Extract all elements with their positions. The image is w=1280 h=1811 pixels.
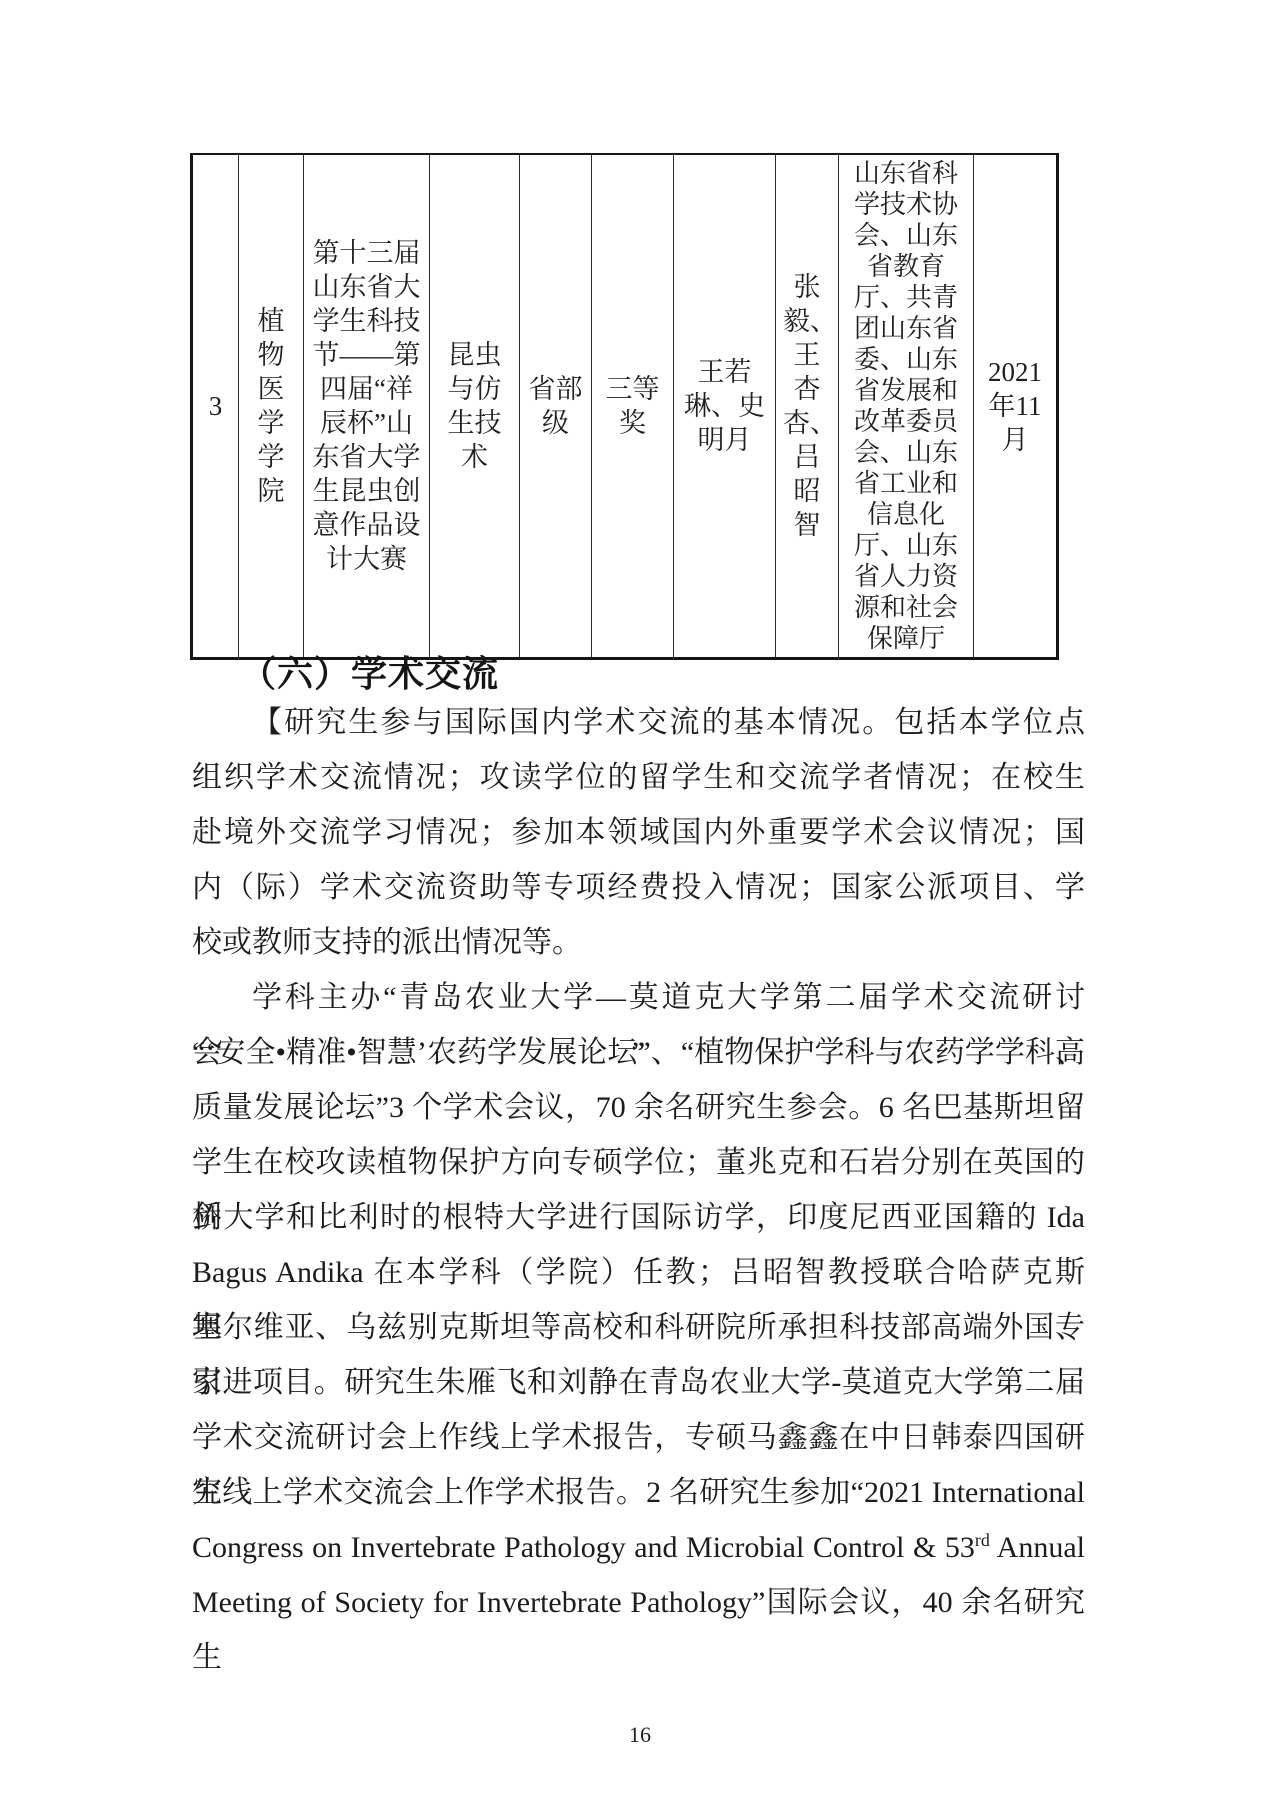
- text-line: 生线上学术交流会上作学术报告。2 名研究生参加“2021 Internation…: [192, 1465, 1085, 1520]
- section-paragraphs: 【研究生参与国际国内学术交流的基本情况。包括本学位点组织学术交流情况；攻读学位的…: [192, 695, 1085, 1630]
- text-line: 校或教师支持的派出情况等。: [192, 915, 1085, 970]
- cell-award-level: 省部级: [520, 154, 592, 659]
- superscript: rd: [975, 1530, 990, 1550]
- text-line: 学科主办“青岛农业大学—莫道克大学第二届学术交流研讨会”、: [192, 970, 1085, 1025]
- cell-entry-name: 昆虫与仿生技术: [430, 154, 520, 659]
- text-line: 塞尔维亚、乌兹别克斯坦等高校和科研院所承担科技部高端外国专家: [192, 1300, 1085, 1355]
- text-line: 组织学术交流情况；攻读学位的留学生和交流学者情况；在校生: [192, 750, 1085, 805]
- page-number: 16: [0, 1722, 1280, 1748]
- text-line: 内（际）学术交流资助等专项经费投入情况；国家公派项目、学: [192, 860, 1085, 915]
- text-line: 【研究生参与国际国内学术交流的基本情况。包括本学位点: [192, 695, 1085, 750]
- cell-organizer: 山东省科学技术协会、山东省教育厅、共青团山东省委、山东省发展和改革委员会、山东省…: [839, 154, 974, 659]
- cell-award-date: 2021年11月: [974, 154, 1058, 659]
- text-line: 学术交流研讨会上作线上学术报告，专硕马鑫鑫在中日韩泰四国研究: [192, 1410, 1085, 1465]
- text-line: Congress on Invertebrate Pathology and M…: [192, 1520, 1085, 1575]
- text-line: 赴境外交流学习情况；参加本领域国内外重要学术会议情况；国: [192, 805, 1085, 860]
- awards-table: 3 植物医学学院 第十三届山东省大学生科技节——第四届“祥辰杯”山东省大学生昆虫…: [190, 153, 1059, 660]
- text-line: 学生在校攻读植物保护方向专硕学位；董兆克和石岩分别在英国的剑: [192, 1135, 1085, 1190]
- text-line: Meeting of Society for Invertebrate Path…: [192, 1575, 1085, 1630]
- document-page: 3 植物医学学院 第十三届山东省大学生科技节——第四届“祥辰杯”山东省大学生昆虫…: [0, 0, 1280, 1811]
- text-line: “‘安全•精准•智慧’农药学发展论坛”、“植物保护学科与农药学学科高: [192, 1025, 1085, 1080]
- table-row: 3 植物医学学院 第十三届山东省大学生科技节——第四届“祥辰杯”山东省大学生昆虫…: [192, 154, 1058, 659]
- text-line: 引进项目。研究生朱雁飞和刘静在青岛农业大学-莫道克大学第二届: [192, 1355, 1085, 1410]
- cell-row-index: 3: [192, 154, 239, 659]
- cell-competition-name: 第十三届山东省大学生科技节——第四届“祥辰杯”山东省大学生昆虫创意作品设计大赛: [304, 154, 430, 659]
- paragraph-exchange-body: 学科主办“青岛农业大学—莫道克大学第二届学术交流研讨会”、“‘安全•精准•智慧’…: [192, 970, 1085, 1630]
- section-heading: （六）学术交流: [240, 646, 499, 697]
- cell-student-names: 王若琳、史明月: [674, 154, 776, 659]
- cell-advisor-names: 张毅、王杏杏、吕昭智: [776, 154, 839, 659]
- text-line: Bagus Andika 在本学科（学院）任教；吕昭智教授联合哈萨克斯坦、: [192, 1245, 1085, 1300]
- cell-award-grade: 三等奖: [592, 154, 674, 659]
- text-line: 质量发展论坛”3 个学术会议，70 余名研究生参会。6 名巴基斯坦留: [192, 1080, 1085, 1135]
- text-line: 桥大学和比利时的根特大学进行国际访学，印度尼西亚国籍的 Ida: [192, 1190, 1085, 1245]
- paragraph-intro-note: 【研究生参与国际国内学术交流的基本情况。包括本学位点组织学术交流情况；攻读学位的…: [192, 695, 1085, 970]
- cell-college: 植物医学学院: [239, 154, 304, 659]
